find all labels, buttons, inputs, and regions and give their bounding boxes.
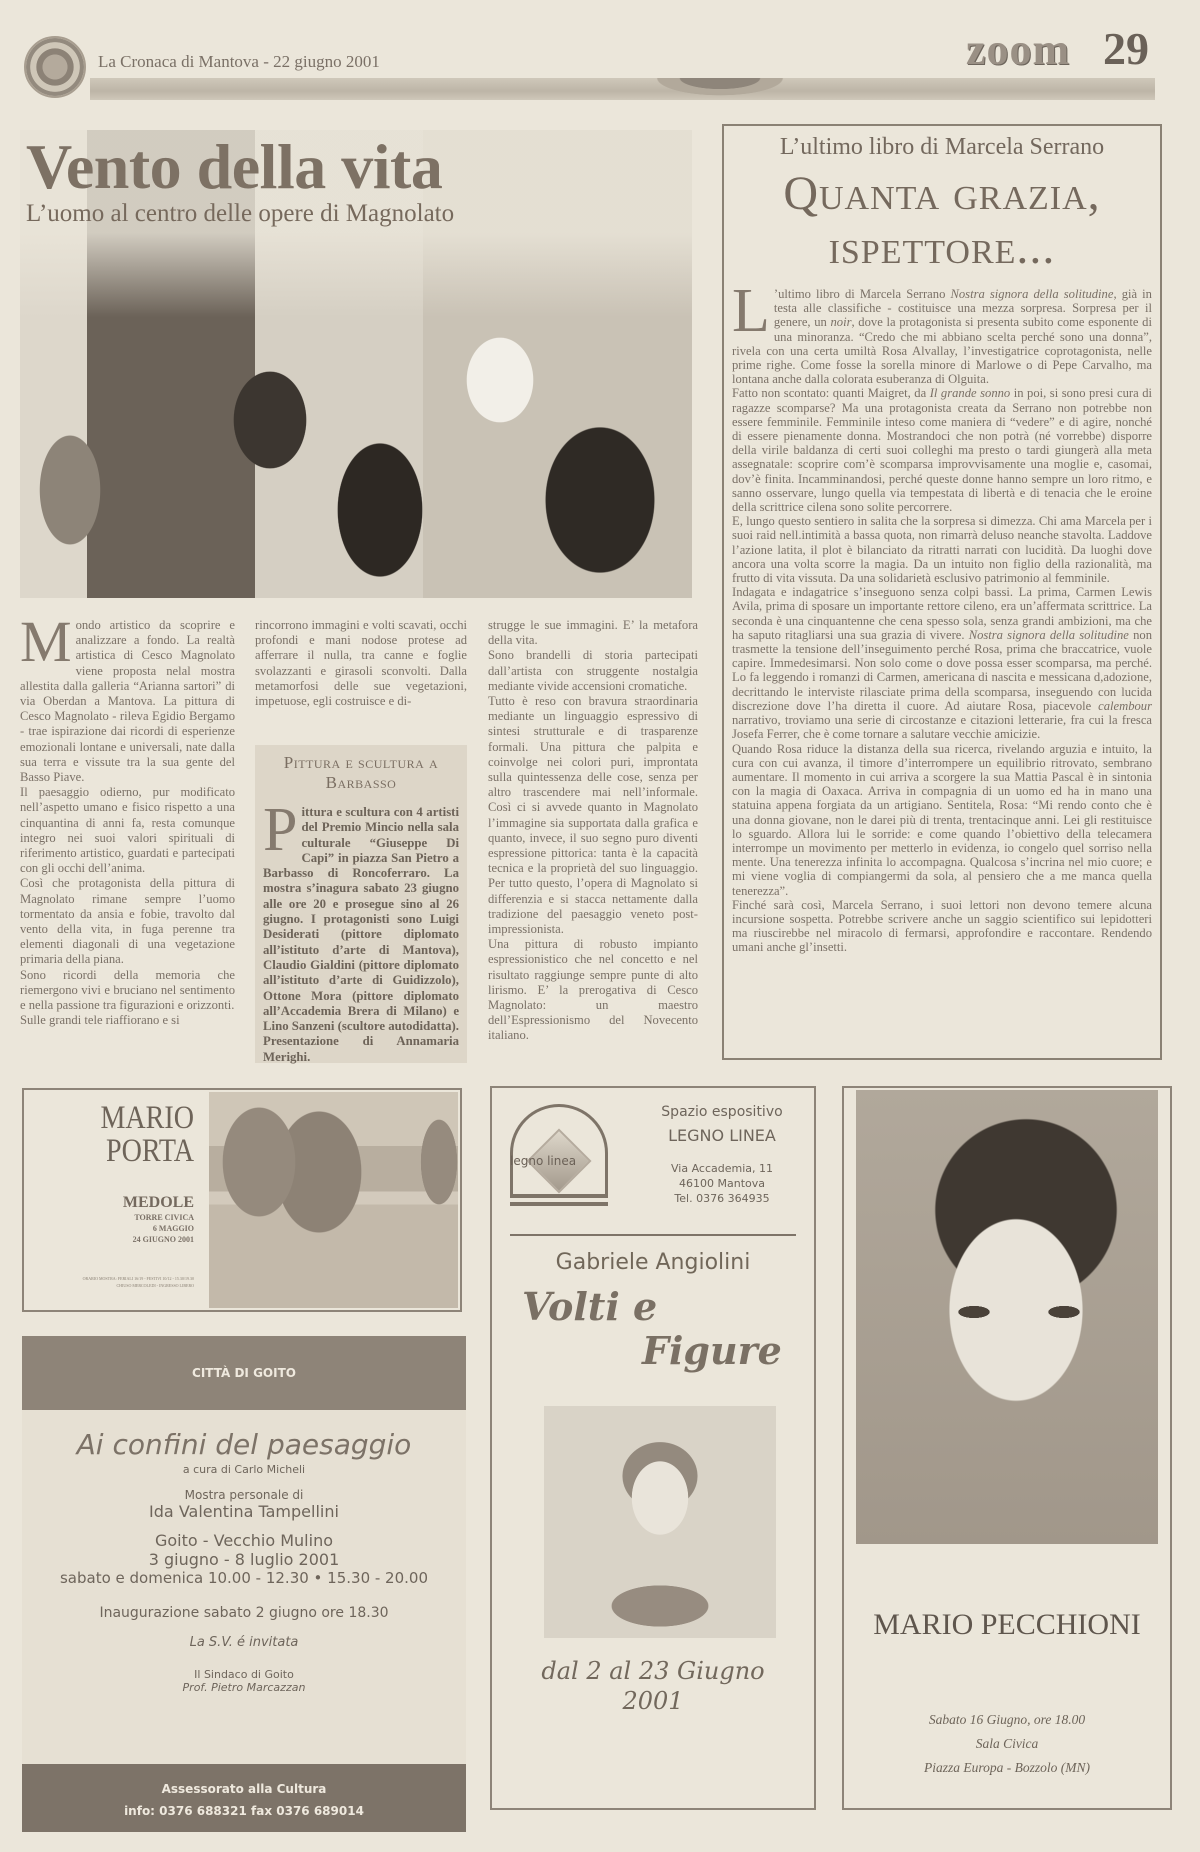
goito-hours: sabato e domenica 10.00 - 12.30 • 15.30 … bbox=[22, 1569, 466, 1587]
goito-header-band: CITTÀ DI GOITO bbox=[22, 1336, 466, 1410]
goito-content: Ai confini del paesaggio a cura di Carlo… bbox=[22, 1428, 466, 1694]
goito-inauguration: Inaugurazione sabato 2 giugno ore 18.30 bbox=[22, 1605, 466, 1621]
pecchioni-place: Piazza Europa - Bozzolo (MN) bbox=[844, 1756, 1170, 1780]
legno-address: Via Accademia, 11 46100 Mantova Tel. 037… bbox=[632, 1161, 812, 1206]
ad-mario-pecchioni: MARIO PECCHIONI Sabato 16 Giugno, ore 18… bbox=[842, 1086, 1172, 1810]
legno-info: Spazio espositivo LEGNO LINEA Via Accade… bbox=[632, 1104, 812, 1206]
legno-name: LEGNO LINEA bbox=[632, 1126, 812, 1145]
legno-script-title-1: Volti e bbox=[522, 1284, 657, 1329]
goito-invite: La S.V. é invitata bbox=[22, 1635, 466, 1650]
masthead: La Cronaca di Mantova - 22 giugno 2001 bbox=[98, 52, 380, 72]
portrait-drawing-image bbox=[544, 1406, 776, 1638]
goito-curator: a cura di Carlo Micheli bbox=[22, 1463, 466, 1476]
paragraph: Una pittura di robusto impianto espressi… bbox=[488, 937, 698, 1043]
pecchioni-info: Sabato 16 Giugno, ore 18.00 Sala Civica … bbox=[844, 1708, 1170, 1780]
goito-place: Goito - Vecchio Mulino bbox=[22, 1531, 466, 1550]
review-title: Quanta grazia, ispettore... bbox=[732, 167, 1152, 275]
book-review-box: L’ultimo libro di Marcela Serrano Quanta… bbox=[722, 124, 1162, 1060]
legno-linea-logo-icon: legno linea bbox=[510, 1104, 610, 1222]
goito-mostra-label: Mostra personale di bbox=[22, 1488, 466, 1502]
goito-prof: Prof. Pietro Marcazzan bbox=[22, 1681, 466, 1694]
ad-citta-di-goito: CITTÀ DI GOITO Ai confini del paesaggio … bbox=[22, 1336, 466, 1832]
newspaper-seal-logo bbox=[24, 36, 86, 98]
goito-dates: 3 giugno - 8 luglio 2001 bbox=[22, 1550, 466, 1569]
review-body: L’ultimo libro di Marcela Serrano Nostra… bbox=[732, 287, 1152, 955]
legno-dates: dal 2 al 23 Giugno 2001 bbox=[492, 1656, 814, 1716]
porta-name-line2: PORTA bbox=[56, 1135, 194, 1168]
sidebar-box-title: Pittura e scultura a Barbasso bbox=[263, 753, 459, 793]
porta-closed: CHIUSO MERCOLEDI - INGRESSO LIBERO bbox=[32, 1282, 194, 1289]
legno-logo-text: legno linea bbox=[510, 1154, 576, 1168]
paragraph: Così che protagonista della pittura di M… bbox=[20, 876, 235, 967]
article-column-1: Mondo artistico da scoprire e analizzare… bbox=[20, 618, 235, 1028]
goito-contacts: info: 0376 688321 fax 0376 689014 bbox=[22, 1800, 466, 1822]
goito-footer-band: Assessorato alla Cultura info: 0376 6883… bbox=[22, 1764, 466, 1832]
ad-mario-porta: MARIO PORTA MEDOLE TORRE CIVICA 6 MAGGIO… bbox=[22, 1088, 462, 1312]
sidebar-box-barbasso: Pittura e scultura a Barbasso Pittura e … bbox=[255, 745, 467, 1063]
goito-assessorato: Assessorato alla Cultura bbox=[22, 1778, 466, 1800]
dropcap: M bbox=[20, 620, 72, 664]
article-column-3: strugge le sue immagini. E’ la metafora … bbox=[488, 618, 698, 1044]
pecchioni-date: Sabato 16 Giugno, ore 18.00 bbox=[844, 1708, 1170, 1732]
porta-hours: ORARIO MOSTRA: FERIALI 16/19 - FESTIVI 1… bbox=[32, 1275, 194, 1282]
dropcap: P bbox=[263, 807, 297, 853]
band-emblem bbox=[640, 78, 800, 100]
porta-text: MARIO PORTA MEDOLE TORRE CIVICA 6 MAGGIO… bbox=[24, 1090, 202, 1310]
paragraph: Quando Rosa riduce la distanza della sua… bbox=[732, 742, 1152, 898]
pecchioni-venue: Sala Civica bbox=[844, 1732, 1170, 1756]
review-kicker: L’ultimo libro di Marcela Serrano bbox=[732, 134, 1152, 161]
goito-title: Ai confini del paesaggio bbox=[22, 1428, 466, 1461]
paragraph: Mondo artistico da scoprire e analizzare… bbox=[20, 618, 235, 785]
page-number: 29 bbox=[1103, 22, 1149, 75]
legno-space-label: Spazio espositivo bbox=[632, 1104, 812, 1120]
paragraph: Fatto non scontato: quanti Maigret, da I… bbox=[732, 386, 1152, 514]
paragraph: L’ultimo libro di Marcela Serrano Nostra… bbox=[732, 287, 1152, 386]
paragraph: strugge le sue immagini. E’ la metafora … bbox=[488, 618, 698, 648]
pecchioni-name: MARIO PECCHIONI bbox=[844, 1608, 1170, 1642]
article-column-2: rincorrono immagini e volti scavati, occ… bbox=[255, 618, 467, 709]
porta-venue: TORRE CIVICA bbox=[32, 1212, 194, 1223]
porta-date-from: 6 MAGGIO bbox=[32, 1223, 194, 1234]
headline: Vento della vita bbox=[26, 130, 442, 204]
paragraph: Sono ricordi della memoria che riemergon… bbox=[20, 968, 235, 1014]
paragraph: Tutto è reso con bravura straordinaria m… bbox=[488, 694, 698, 937]
subheadline: L’uomo al centro delle opere di Magnolat… bbox=[26, 200, 454, 228]
goito-artist: Ida Valentina Tampellini bbox=[22, 1502, 466, 1521]
divider bbox=[510, 1234, 796, 1236]
porta-town: MEDOLE bbox=[32, 1194, 194, 1212]
ad-legno-linea: legno linea Spazio espositivo LEGNO LINE… bbox=[490, 1086, 816, 1810]
portrait-painting-image bbox=[856, 1090, 1158, 1544]
sidebar-box-body: Pittura e scultura con 4 artisti del Pre… bbox=[263, 805, 459, 1065]
paragraph: rincorrono immagini e volti scavati, occ… bbox=[255, 618, 467, 709]
paragraph: Indagata e indagatrice s’inseguono senza… bbox=[732, 585, 1152, 741]
legno-script-title-2: Figure bbox=[642, 1328, 782, 1373]
goito-sindaco: Il Sindaco di Goito bbox=[22, 1668, 466, 1681]
dropcap: L bbox=[732, 289, 770, 333]
section-label: zoom bbox=[966, 24, 1070, 75]
porta-date-to: 24 GIUGNO 2001 bbox=[32, 1234, 194, 1245]
paragraph: Finché sarà così, Marcela Serrano, i suo… bbox=[732, 898, 1152, 955]
legno-artist: Gabriele Angiolini bbox=[492, 1250, 814, 1275]
paragraph: Sono brandelli di storia partecipati dal… bbox=[488, 648, 698, 694]
paragraph: Il paesaggio odierno, pur modificato nel… bbox=[20, 785, 235, 876]
porta-name-line1: MARIO bbox=[56, 1102, 194, 1135]
header-band bbox=[90, 78, 1155, 100]
landscape-painting-image bbox=[209, 1092, 458, 1308]
paragraph: Sulle grandi tele riaffiorano e si bbox=[20, 1013, 235, 1028]
paragraph: E, lungo questo sentiero in salita che l… bbox=[732, 514, 1152, 585]
